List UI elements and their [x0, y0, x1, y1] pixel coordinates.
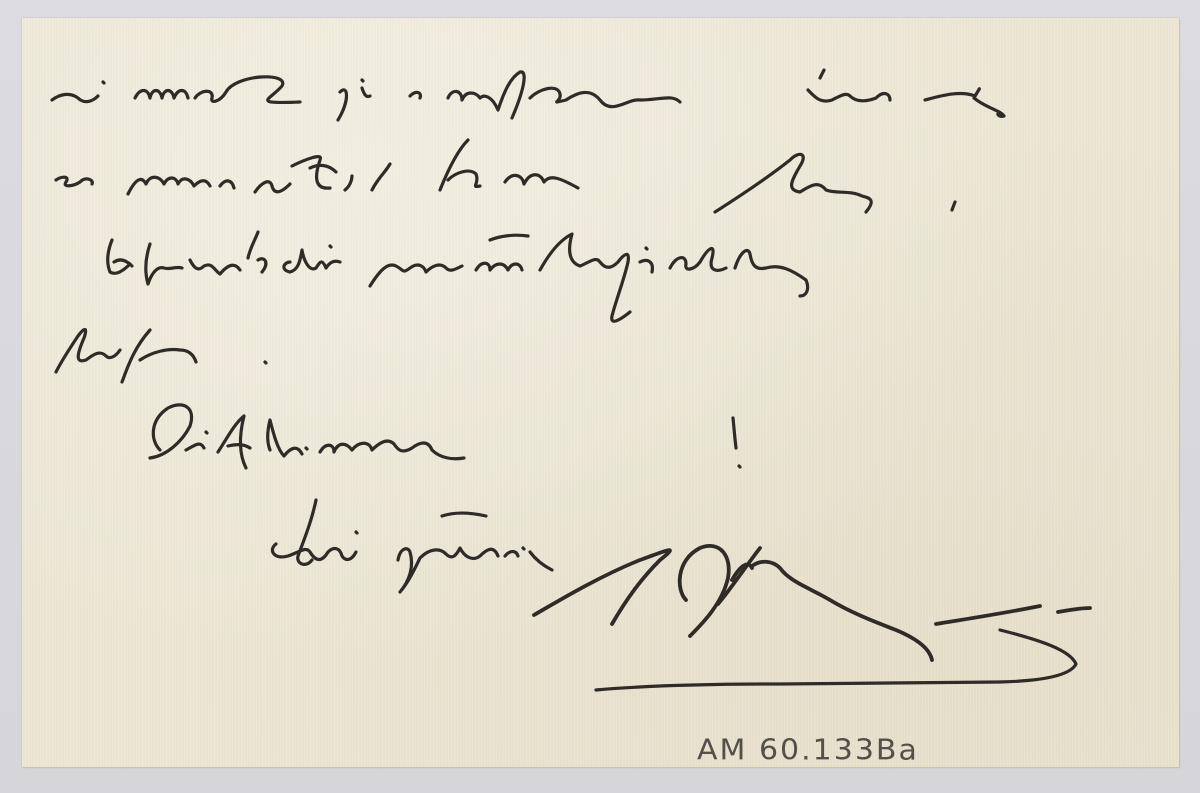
handwritten-line-3: Es bringt dir meine herzlichsten	[100, 240, 822, 291]
archive-reference-number: AM 60.133Ba	[697, 734, 919, 767]
letter-card	[22, 18, 1179, 767]
handwritten-line-4: Grüße.	[52, 320, 206, 371]
handwritten-line-5: Auf Wiedersehen!	[145, 410, 544, 461]
handwritten-line-6: Dein getreuer	[290, 515, 602, 566]
handwritten-line-1: einmal zu erwischen und da	[70, 70, 696, 121]
signature: Alban	[780, 580, 909, 631]
handwritten-line-2: so versäumt sie einen leicht.	[70, 160, 708, 211]
scan-background: einmal zu erwischen und da so versäumt s…	[0, 0, 1200, 793]
